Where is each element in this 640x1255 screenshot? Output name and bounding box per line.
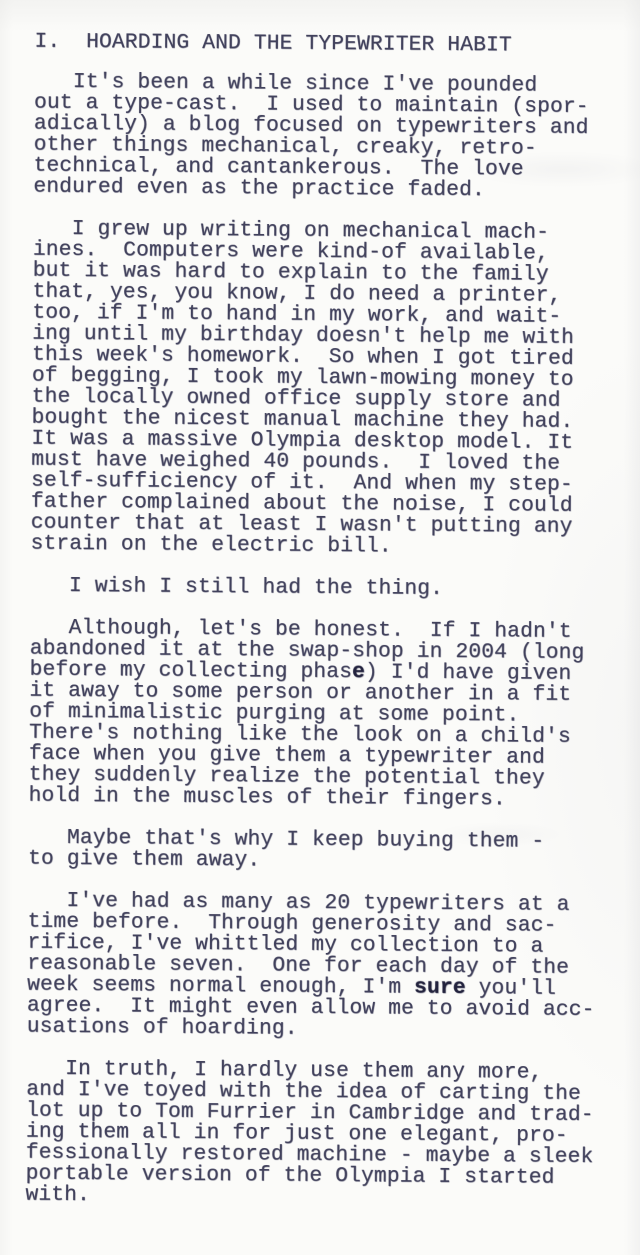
paragraph: I grew up writing on mechanical mach-ine… (31, 219, 630, 560)
paragraph: Although, let's be honest. If I hadn'tab… (29, 618, 626, 812)
paragraph: In truth, I hardly use them any more,and… (25, 1059, 622, 1211)
text-segment: with. (25, 1183, 90, 1208)
text-segment: I wish I still had the thing. (30, 574, 443, 601)
scanned-typecast: { "page": { "paper_color": "#fbfbf9", "i… (0, 0, 640, 1255)
text-line: endured even as the practice faded. (33, 177, 629, 203)
text-line: I wish I still had the thing. (30, 576, 626, 602)
text-segment: strain on the electric bill. (31, 532, 392, 559)
document-body: It's been a while since I've poundedout … (25, 72, 630, 1211)
text-line: portable version of the Olympia I starte… (26, 1164, 622, 1190)
text-block: I. HOARDING AND THE TYPEWRITER HABIT It'… (25, 32, 630, 1211)
paragraph: I've had as many as 20 typewriters at at… (27, 891, 624, 1043)
text-segment: endured even as the practice faded. (33, 175, 485, 203)
typewritten-page: I. HOARDING AND THE TYPEWRITER HABIT It'… (0, 0, 640, 1255)
text-segment: to give them away. (28, 847, 260, 873)
text-segment: portable version of the Olympia I starte… (26, 1162, 555, 1190)
text-segment: usations of hoarding. (27, 1015, 298, 1041)
text-segment: hold in the muscles of their fingers. (29, 784, 506, 812)
paragraph: Maybe that's why I keep buying them -to … (28, 828, 624, 875)
paragraph: It's been a while since I've poundedout … (33, 72, 630, 203)
paragraph: I wish I still had the thing. (30, 576, 626, 602)
page-title: I. HOARDING AND THE TYPEWRITER HABIT (34, 32, 630, 58)
